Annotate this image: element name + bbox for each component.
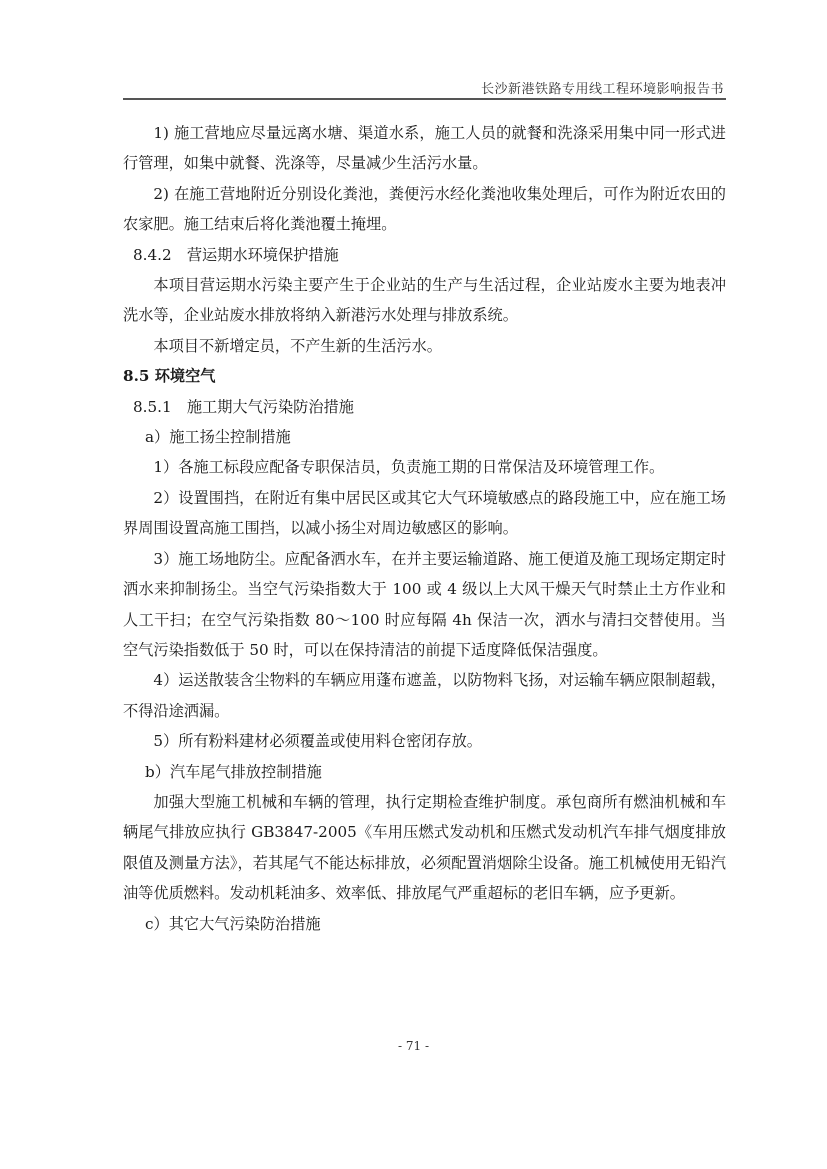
heading-8-5: 8.5 环境空气 <box>123 361 726 391</box>
subheading-c-other-measures: c）其它大气污染防治措施 <box>123 909 726 939</box>
subheading-a-dust-control: a）施工扬尘控制措施 <box>123 422 726 452</box>
paragraph-dust-1: 1）各施工标段应配备专职保洁员，负责施工期的日常保洁及环境管理工作。 <box>123 452 726 482</box>
heading-8-4-2: 8.4.2 营运期水环境保护措施 <box>123 240 726 270</box>
heading-8-5-1: 8.5.1 施工期大气污染防治措施 <box>123 392 726 422</box>
document-body: 1) 施工营地应尽量远离水塘、渠道水系，施工人员的就餐和洗涤采用集中同一形式进行… <box>123 118 726 939</box>
paragraph-septic-tank: 2) 在施工营地附近分别设化粪池，粪便污水经化粪池收集处理后，可作为附近农田的农… <box>123 179 726 240</box>
paragraph-dust-2: 2）设置围挡，在附近有集中居民区或其它大气环境敏感点的路段施工中，应在施工场界周… <box>123 483 726 544</box>
header-divider <box>123 98 726 100</box>
paragraph-dust-3: 3）施工场地防尘。应配备洒水车，在并主要运输道路、施工便道及施工现场定期定时洒水… <box>123 544 726 666</box>
running-header-title: 长沙新港铁路专用线工程环境影响报告书 <box>481 78 724 97</box>
paragraph-dust-5: 5）所有粉料建材必须覆盖或使用料仓密闭存放。 <box>123 726 726 756</box>
subheading-b-exhaust-control: b）汽车尾气排放控制措施 <box>123 757 726 787</box>
paragraph-camp-siting: 1) 施工营地应尽量远离水塘、渠道水系，施工人员的就餐和洗涤采用集中同一形式进行… <box>123 118 726 179</box>
paragraph-operation-water: 本项目营运期水污染主要产生于企业站的生产与生活过程，企业站废水主要为地表冲洗水等… <box>123 270 726 331</box>
paragraph-no-new-staff: 本项目不新增定员，不产生新的生活污水。 <box>123 331 726 361</box>
paragraph-exhaust: 加强大型施工机械和车辆的管理，执行定期检查维护制度。承包商所有燃油机械和车辆尾气… <box>123 787 726 909</box>
paragraph-dust-4: 4）运送散装含尘物料的车辆应用蓬布遮盖，以防物料飞扬，对运输车辆应限制超载，不得… <box>123 665 726 726</box>
page-number: - 71 - <box>0 1039 827 1053</box>
